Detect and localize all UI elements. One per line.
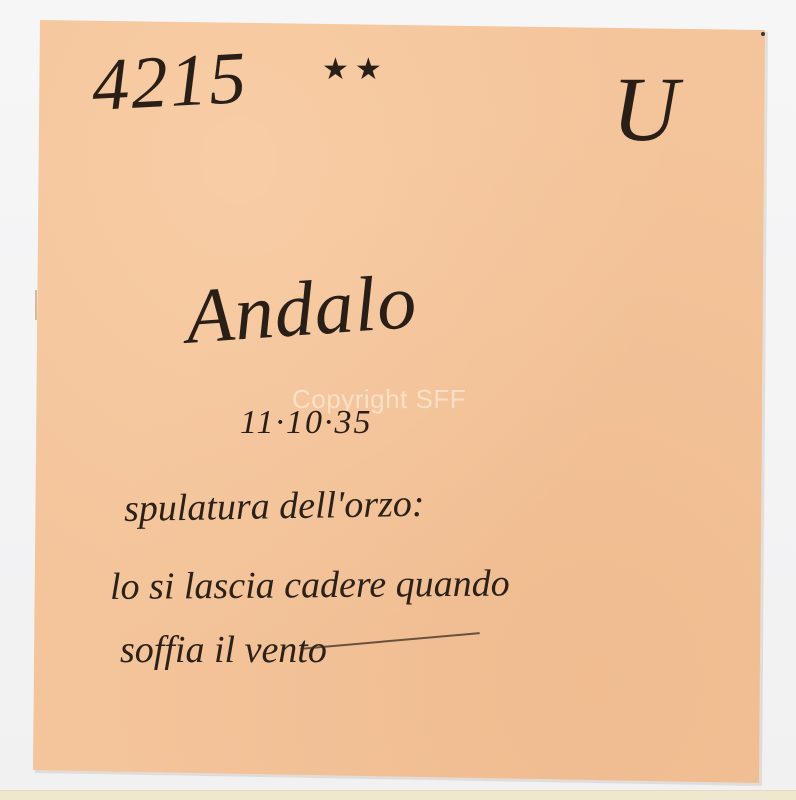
date: 11·10·35 (240, 404, 372, 442)
catalog-number: 4215 (90, 36, 250, 129)
place-name: Andalo (183, 256, 420, 362)
series-letter: U (612, 56, 678, 162)
note-line-2: lo si lascia cadere quando (110, 562, 510, 609)
star-marks-icon: ★★ (322, 52, 388, 87)
card-edge-mark (35, 290, 37, 320)
note-line-1: spulatura dell'orzo: (124, 482, 425, 531)
note-line-3: soffia il vento (120, 628, 327, 672)
corner-mark (761, 32, 765, 36)
underlying-sheet-edge (0, 790, 796, 800)
scan-background: 4215 ★★ U Andalo Copyright SFF 11·10·35 … (0, 0, 796, 800)
